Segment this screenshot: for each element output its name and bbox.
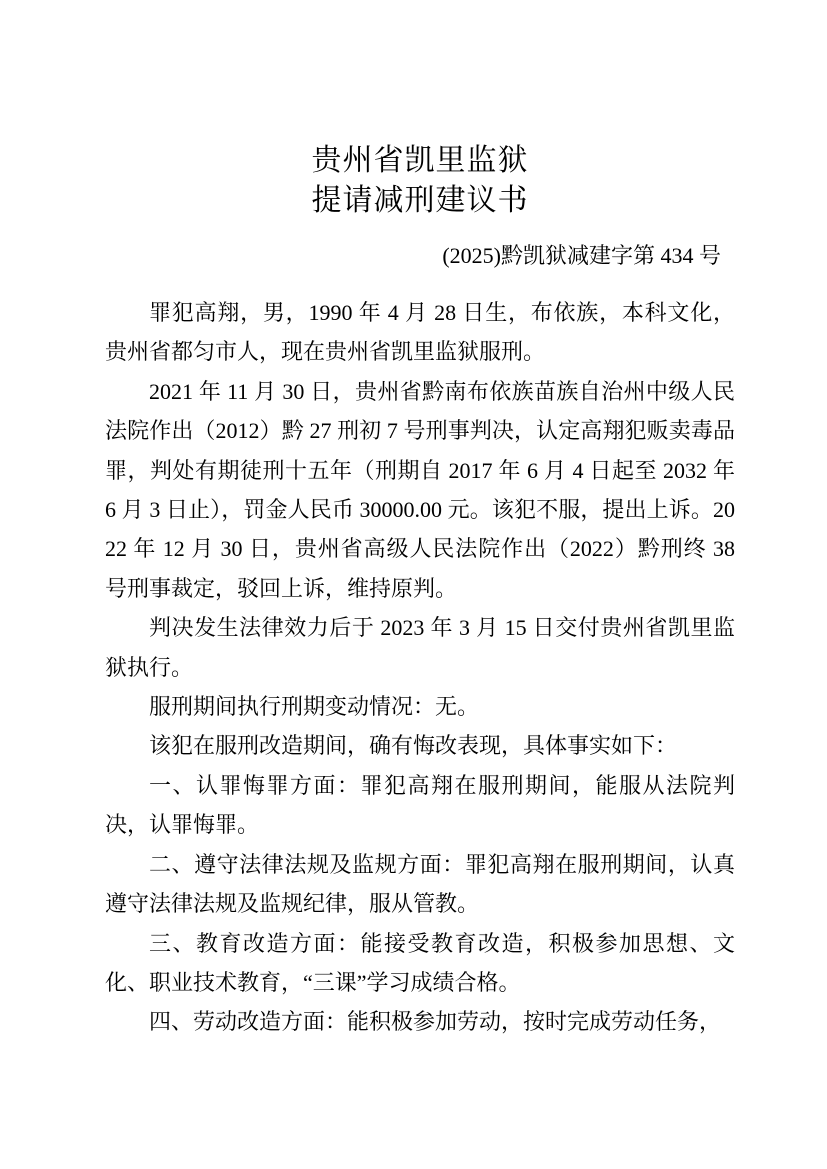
paragraph-item-2-rule-compliance: 二、遵守法律法规及监规方面：罪犯高翔在服刑期间，认真遵守法律法规及监规纪律，服从… xyxy=(105,845,735,924)
paragraph-item-3-education: 三、教育改造方面：能接受教育改造，积极参加思想、文化、职业技术教育，“三课”学习… xyxy=(105,924,735,1003)
document-page: 贵州省凯里监狱 提请减刑建议书 (2025)黔凯狱减建字第 434 号 罪犯高翔… xyxy=(0,0,827,1169)
paragraph-item-4-labor: 四、劳动改造方面：能积极参加劳动，按时完成劳动任务， xyxy=(105,1002,735,1041)
paragraph-offender-info: 罪犯高翔，男，1990 年 4 月 28 日生，布依族，本科文化，贵州省都匀市人… xyxy=(105,293,735,372)
document-number: (2025)黔凯狱减建字第 434 号 xyxy=(105,236,735,276)
paragraph-reform-intro: 该犯在服刑改造期间，确有悔改表现，具体事实如下： xyxy=(105,726,735,765)
document-title-line-2: 提请减刑建议书 xyxy=(105,181,735,221)
paragraph-delivery-to-prison: 判决发生法律效力后于 2023 年 3 月 15 日交付贵州省凯里监狱执行。 xyxy=(105,608,735,687)
document-body: 罪犯高翔，男，1990 年 4 月 28 日生，布依族，本科文化，贵州省都匀市人… xyxy=(105,293,735,1042)
paragraph-item-1-guilt-admission: 一、认罪悔罪方面：罪犯高翔在服刑期间，能服从法院判决，认罪悔罪。 xyxy=(105,766,735,845)
document-title: 贵州省凯里监狱 提请减刑建议书 xyxy=(105,141,735,221)
document-title-line-1: 贵州省凯里监狱 xyxy=(105,141,735,181)
paragraph-judgment-history: 2021 年 11 月 30 日，贵州省黔南布依族苗族自治州中级人民法院作出（2… xyxy=(105,372,735,608)
paragraph-sentence-changes: 服刑期间执行刑期变动情况：无。 xyxy=(105,687,735,726)
